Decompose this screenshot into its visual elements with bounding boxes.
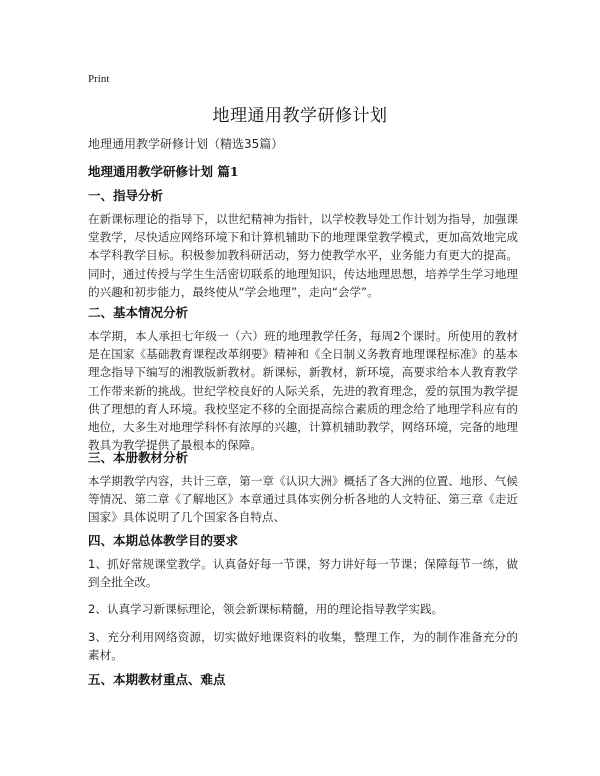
document-title: 地理通用教学研修计划 xyxy=(0,101,600,126)
section-heading-situation: 二、基本情况分析 xyxy=(88,303,188,321)
section-heading-goals: 四、本期总体教学目的要求 xyxy=(88,531,238,549)
section-heading-guidance: 一、指导分析 xyxy=(88,186,163,204)
section-paragraph: 本学期，本人承担七年级一（六）班的地理教学任务，每周2个课时。所使用的教材是在国… xyxy=(88,327,518,454)
print-label[interactable]: Print xyxy=(88,73,109,85)
document-subtitle: 地理通用教学研修计划（精选35篇） xyxy=(88,135,283,152)
goal-item-3: 3、充分利用网络资源，切实做好地课资料的收集，整理工作，为的制作准备充分的素材。 xyxy=(88,628,518,664)
section-paragraph: 在新课标理论的指导下，以世纪精神为指针，以学校教导处工作计划为指导，加强课堂教学… xyxy=(88,210,518,301)
section-paragraph: 本学期教学内容，共计三章，第一章《认识大洲》概括了各大洲的位置、地形、气候等情况… xyxy=(88,472,518,527)
section-heading-key-points: 五、本期教材重点、难点 xyxy=(88,670,226,688)
piece-heading: 地理通用教学研修计划 篇1 xyxy=(88,162,239,180)
goal-item-2: 2、认真学习新课标理论，领会新课标精髓，用的理论指导教学实践。 xyxy=(88,600,518,618)
section-heading-textbook: 三、本册教材分析 xyxy=(88,448,188,466)
goal-item-1: 1、抓好常规课堂教学。认真备好每一节课，努力讲好每一节课；保障每节一练，做到全批… xyxy=(88,555,518,591)
